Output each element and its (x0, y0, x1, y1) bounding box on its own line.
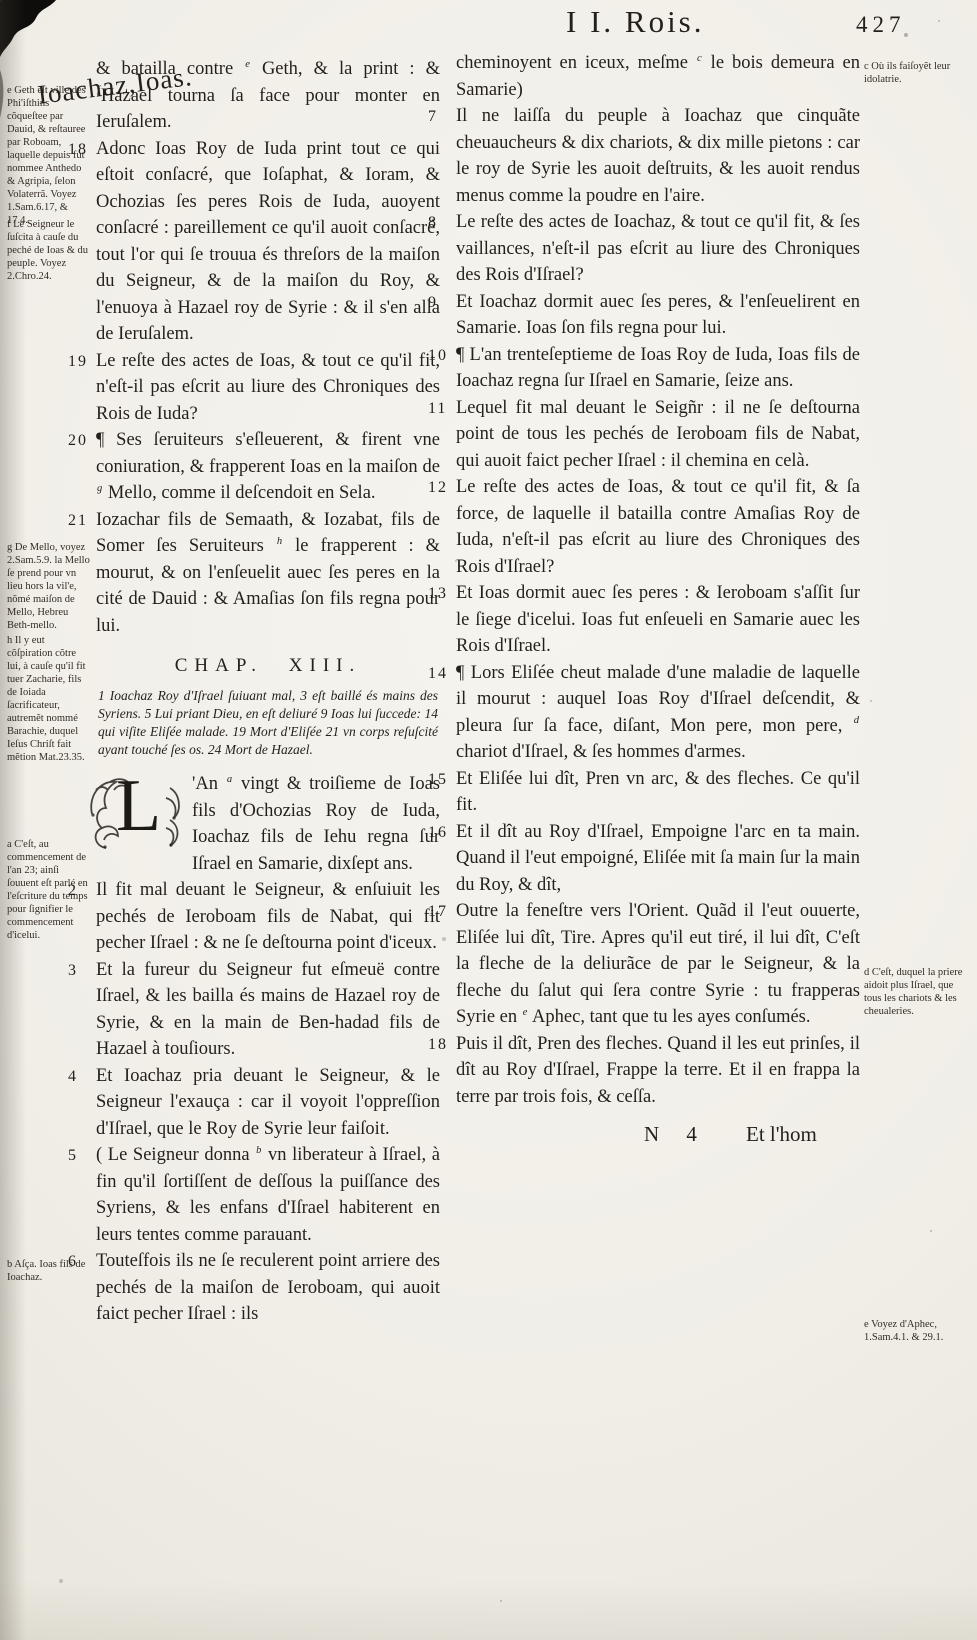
page-number: 427 (856, 12, 906, 38)
verse-text: Et Ioas dormit auec ſes peres : & Ierobo… (456, 583, 860, 656)
verse-number: 18 (428, 1032, 454, 1059)
verse-10: 10¶ L'an trenteſeptieme de Ioas Roy de I… (456, 342, 860, 395)
verse-text: Et il dît au Roy d'Iſrael, Empoigne l'ar… (456, 822, 860, 895)
verse-12: 12Le reſte des actes de Ioas, & tout ce … (456, 474, 860, 580)
verse-number: 7 (428, 104, 454, 131)
book-title: I I. Rois. (566, 4, 705, 40)
verse-number: 20 (68, 428, 94, 455)
verse-text: Iozachar fils de Semaath, & Iozabat, fil… (96, 510, 440, 636)
verse-number: 10 (428, 343, 454, 370)
left-text-column: & batailla contre e Geth, & la print : &… (96, 56, 440, 1328)
verse-text: 'An a vingt & troiſieme de Ioas fils d'O… (192, 774, 440, 874)
verse-text: ¶ L'an trenteſeptieme de Ioas Roy de Iud… (456, 345, 860, 392)
verse-8: 8Le reſte des actes de Ioachaz, & tout c… (456, 209, 860, 289)
verse-text: ¶ Lors Eliſée cheut malade d'une maladie… (456, 663, 860, 763)
verse-13: 13Et Ioas dormit auec ſes peres : & Iero… (456, 580, 860, 660)
verse-text: Et Ioachaz pria deuant le Seigneur, & le… (96, 1066, 440, 1139)
verse-number: 21 (68, 508, 94, 535)
verse-7: 7Il ne laiſſa du peuple à Ioachaz que ci… (456, 103, 860, 209)
verse-number: 14 (428, 661, 454, 688)
verse-text: Le reſte des actes de Ioachaz, & tout ce… (456, 212, 860, 285)
verse-text: ( Le Seigneur donna b vn liberateur à Iſ… (96, 1145, 440, 1245)
verse-text: Puis il dît, Pren des fleches. Quand il … (456, 1034, 860, 1107)
verse-text: & batailla contre e Geth, & la print : &… (96, 59, 440, 132)
verse-text: Lequel fit mal deuant le Seigñr : il ne … (456, 398, 860, 471)
verse-text: Outre la feneſtre vers l'Orient. Quãd il… (456, 901, 860, 1027)
verse-17: 17Outre la feneſtre vers l'Orient. Quãd … (456, 898, 860, 1031)
verse-6: 6Touteſfois ils ne ſe reculerent point a… (96, 1248, 440, 1328)
dropcap-letter: L (116, 766, 161, 846)
verse-number: 16 (428, 820, 454, 847)
verse-14: 14¶ Lors Eliſée cheut malade d'une malad… (456, 660, 860, 766)
verse-9: 9Et Ioachaz dormit auec ſes peres, & l'e… (456, 289, 860, 342)
verse-number: 4 (68, 1064, 94, 1091)
verse-text: ¶ Ses ſeruiteurs s'eſleuerent, & firent … (96, 430, 440, 503)
right-column-verses: cheminoyent en iceux, meſme c le bois de… (456, 50, 860, 1110)
book-page: Ioachaz,Ioas. I I. Rois. 427 e Geth eſt … (0, 0, 977, 1640)
verse-number: 17 (428, 899, 454, 926)
dropcap-initial: L (86, 774, 184, 854)
verse-3: 3Et la fureur du Seigneur fut eſmeuë con… (96, 957, 440, 1063)
verse-number: 6 (68, 1249, 94, 1276)
verse-continuation: & batailla contre e Geth, & la print : &… (96, 56, 440, 136)
left-column-verses-bottom: L 'An a vingt & troiſieme de Ioas fils d… (96, 771, 440, 1328)
verse-5: 5( Le Seigneur donna b vn liberateur à I… (96, 1142, 440, 1248)
verse-15: 15Et Eliſée lui dît, Pren vn arc, & des … (456, 766, 860, 819)
verse-text: Et Ioachaz dormit auec ſes peres, & l'en… (456, 292, 860, 339)
verse-text: Touteſfois ils ne ſe reculerent point ar… (96, 1251, 440, 1324)
verse-text: Et Eliſée lui dît, Pren vn arc, & des fl… (456, 769, 860, 816)
verse-11: 11Lequel fit mal deuant le Seigñr : il n… (456, 395, 860, 475)
verse-number: 9 (428, 290, 454, 317)
margin-note-d: d C'eſt, duquel la priere aidoit plus Iſ… (864, 966, 970, 1018)
margin-note-g: g De Mello, voyez 2.Sam.5.9. la Mello ſe… (7, 541, 91, 632)
verse-16: 16Et il dît au Roy d'Iſrael, Empoigne l'… (456, 819, 860, 899)
verse-number: 15 (428, 767, 454, 794)
verse-number: 12 (428, 475, 454, 502)
verse-2: 2Il fit mal deuant le Seigneur, & enſuiu… (96, 877, 440, 957)
verse-number: 13 (428, 581, 454, 608)
margin-note-e2: e Voyez d'Aphec, 1.Sam.4.1. & 29.1. (864, 1318, 970, 1344)
catchword: Et l'hom (746, 1122, 817, 1147)
right-text-column: cheminoyent en iceux, meſme c le bois de… (456, 50, 860, 1154)
verse-number: 11 (428, 396, 454, 423)
verse-number: 18 (68, 137, 94, 164)
verse-number: 3 (68, 958, 94, 985)
verse-number: 5 (68, 1143, 94, 1170)
verse-text: Et la fureur du Seigneur fut eſmeuë cont… (96, 960, 440, 1060)
margin-note-c: c Où ils faiſoyẽt leur idolatrie. (864, 60, 970, 86)
margin-note-f: f Le Seigneur le ſuſcita à cauſe du pech… (7, 218, 91, 283)
signature-mark: N 4 (644, 1122, 697, 1147)
verse-19: 19Le reſte des actes de Ioas, & tout ce … (96, 348, 440, 428)
verse-continuation: L 'An a vingt & troiſieme de Ioas fils d… (96, 771, 440, 877)
verse-text: Il ne laiſſa du peuple à Ioachaz que cin… (456, 106, 860, 206)
verse-number: 19 (68, 349, 94, 376)
verse-continuation: cheminoyent en iceux, meſme c le bois de… (456, 50, 860, 103)
verse-20: 20¶ Ses ſeruiteurs s'eſleuerent, & firen… (96, 427, 440, 507)
left-column-verses-top: & batailla contre e Geth, & la print : &… (96, 56, 440, 639)
page-bottom-shadow (0, 1580, 977, 1640)
verse-text: Le reſte des actes de Ioas, & tout ce qu… (96, 351, 440, 424)
verse-text: Adonc Ioas Roy de Iuda print tout ce qui… (96, 139, 440, 345)
verse-number: 8 (428, 210, 454, 237)
verse-18: 18Adonc Ioas Roy de Iuda print tout ce q… (96, 136, 440, 348)
chapter-heading: CHAP. XIII. (96, 655, 440, 677)
verse-text: Il fit mal deuant le Seigneur, & enſuiui… (96, 880, 440, 953)
verse-18: 18Puis il dît, Pren des fleches. Quand i… (456, 1031, 860, 1111)
verse-21: 21Iozachar fils de Semaath, & Iozabat, f… (96, 507, 440, 640)
verse-text: cheminoyent en iceux, meſme c le bois de… (456, 53, 860, 100)
paper-specks (0, 0, 2, 2)
verse-4: 4Et Ioachaz pria deuant le Seigneur, & l… (96, 1063, 440, 1143)
margin-note-h: h Il y eut cõſpiration cõtre lui, à cauſ… (7, 634, 91, 764)
chapter-summary: 1 Ioachaz Roy d'Iſrael ſuiuant mal, 3 eſ… (98, 687, 438, 759)
verse-number: 2 (68, 878, 94, 905)
signature-line: N 4 Et l'hom (456, 1122, 860, 1154)
verse-text: Le reſte des actes de Ioas, & tout ce qu… (456, 477, 860, 577)
